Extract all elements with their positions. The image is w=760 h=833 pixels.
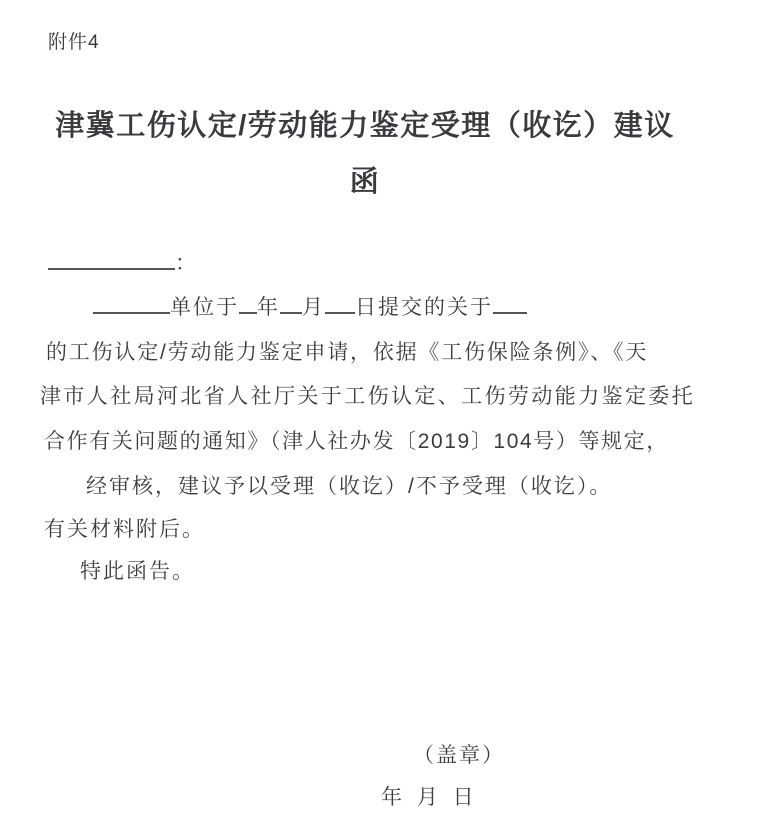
body-line-application: 的工伤认定/劳动能力鉴定申请，依据《工伤保险条例》、《天 <box>46 341 648 364</box>
closing-line: 特此函告。 <box>80 560 195 583</box>
year-label: 年 <box>257 296 280 319</box>
month-blank <box>280 312 302 314</box>
addressee-name-blank <box>48 268 175 270</box>
seal-placeholder: （盖章） <box>413 739 505 769</box>
attached-materials-line: 有关材料附后。 <box>44 518 205 541</box>
submission-info-line: 单位于年月日提交的关于 <box>93 296 527 319</box>
salutation-line: ： <box>48 252 198 275</box>
subject-blank <box>493 312 527 314</box>
unit-name-blank <box>93 312 170 314</box>
day-blank <box>325 312 355 314</box>
review-conclusion-line: 经审核，建议予以受理（收讫）/不予受理（收讫）。 <box>86 475 612 498</box>
body-line-notice: 合作有关问题的通知》（津人社办发〔2019〕104号）等规定， <box>44 430 669 453</box>
attachment-number: 附件4 <box>48 27 100 54</box>
day-submit-text: 日提交的关于 <box>355 296 493 319</box>
document-title-line1: 津冀工伤认定/劳动能力鉴定受理（收讫）建议 <box>0 110 730 142</box>
year-blank <box>239 312 257 314</box>
document-title-line2: 函 <box>0 166 730 198</box>
body-line-policy: 津市人社局河北省人社厅关于工伤认定、工伤劳动能力鉴定委托 <box>40 385 695 408</box>
month-label: 月 <box>302 296 325 319</box>
date-line: 年 月 日 <box>381 781 476 811</box>
document-page: 附件4 津冀工伤认定/劳动能力鉴定受理（收讫）建议 函 ： 单位于年月日提交的关… <box>0 0 760 833</box>
unit-suffix-text: 单位于 <box>170 296 239 319</box>
salutation-colon: ： <box>175 252 198 275</box>
